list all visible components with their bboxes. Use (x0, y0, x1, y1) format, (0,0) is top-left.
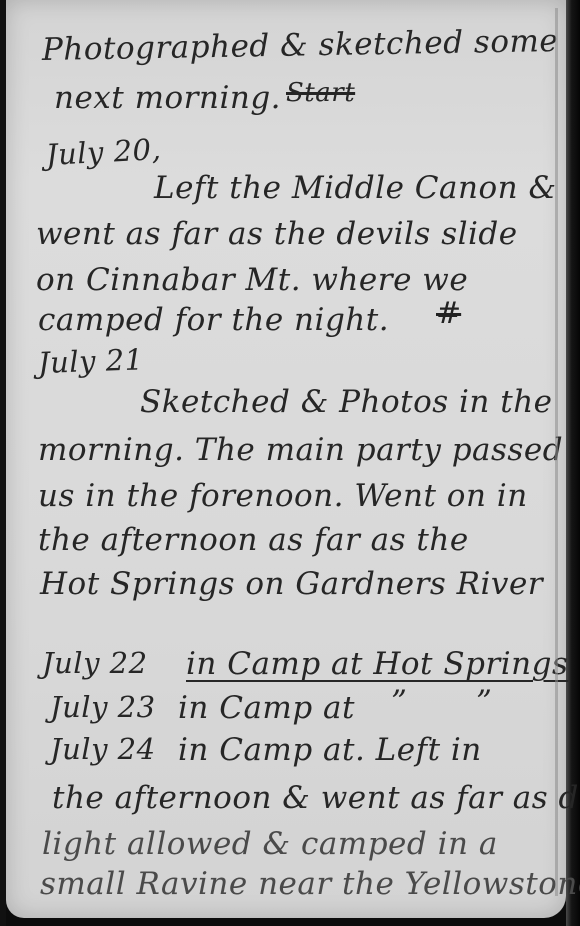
entry-line: the afternoon & went as far as day (52, 780, 580, 816)
entry-line: small Ravine near the Yellowstone (40, 866, 580, 902)
entry-line: camped for the night. (38, 302, 389, 338)
struck-out-mark: # (436, 296, 461, 331)
entry-line: us in the forenoon. Went on in (38, 478, 528, 514)
entry-date: July 21 (37, 342, 144, 380)
ditto-mark: ” (391, 684, 407, 720)
entry-line: morning. The main party passed (38, 432, 563, 468)
entry-line: in Camp at (178, 690, 355, 726)
entry-line: Hot Springs on Gardners River (40, 566, 543, 602)
entry-line: on Cinnabar Mt. where we (36, 262, 468, 298)
diary-page: Photographed & sketched some next mornin… (6, 0, 566, 918)
entry-line: in Camp at. Left in (178, 732, 482, 768)
entry-line: in Camp at Hot Springs (186, 646, 568, 682)
struck-out-word: Start (286, 78, 355, 108)
entry-date: July 23 (50, 690, 156, 724)
entry-line: Sketched & Photos in the (140, 384, 553, 420)
entry-line: light allowed & camped in a (42, 826, 498, 862)
entry-line: Left the Middle Canon & (154, 170, 557, 206)
entry-date: July 24 (50, 732, 156, 766)
entry-line: next morning. (54, 80, 281, 116)
entry-line: Photographed & sketched some (42, 23, 559, 68)
entry-date: July 20, (45, 132, 162, 172)
entry-date: July 22 (42, 646, 148, 680)
entry-line: went as far as the devils slide (36, 216, 518, 252)
entry-line: the afternoon as far as the (38, 522, 469, 558)
ditto-mark: ” (476, 684, 492, 720)
